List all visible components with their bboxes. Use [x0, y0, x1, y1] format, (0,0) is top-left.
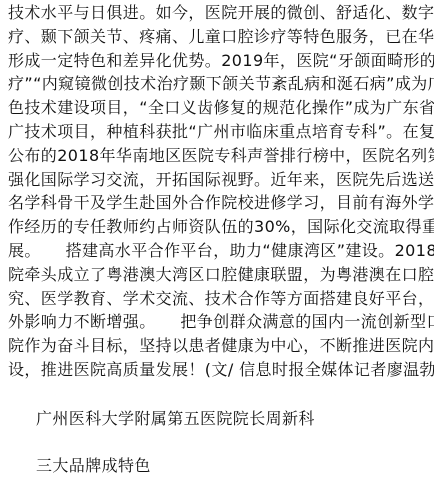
article-line: 院牵头成立了粤港澳大湾区口腔健康联盟，为粤港澳在口腔健康研: [8, 263, 430, 287]
article-line: 究、医学教育、学术交流、技术合作等方面搭建良好平台，在国内: [8, 287, 430, 311]
article-line: 广技术项目，种植科获批“广州市临床重点培育专科”。在复旦大学: [8, 120, 430, 144]
article-line: 展。 搭建高水平合作平台，助力“健康湾区”建设。2018年，医: [8, 239, 430, 263]
section-heading: 三大品牌成特色: [36, 453, 151, 476]
article-body: 技术水平与日俱进。如今，医院开展的微创、舒适化、数字化诊 疗、颞下颌关节、疼痛、…: [8, 1, 430, 382]
article-line: 形成一定特色和差异化优势。2019年，医院“牙颌面畸形的数字化治: [8, 49, 430, 73]
news-article: 技术水平与日俱进。如今，医院开展的微创、舒适化、数字化诊 疗、颞下颌关节、疼痛、…: [0, 0, 434, 485]
photo-caption: 广州医科大学附属第五医院院长周新科: [36, 406, 315, 429]
article-line: 强化国际学习交流，开拓国际视野。近年来，医院先后选送将近百: [8, 168, 430, 192]
article-line: 院作为奋斗目标，坚持以患者健康为中心，不断推进医院内涵建: [8, 334, 430, 358]
article-line: 公布的2018年华南地区医院专科声誉排行榜中，医院名列第四。: [8, 144, 430, 168]
article-line: 疗”“内窥镜微创技术治疗颞下颌关节紊乱病和涎石病”成为广州市特: [8, 72, 430, 96]
article-line: 设，推进医院高质量发展！(文/ 信息时报全媒体记者廖温勃): [8, 358, 430, 382]
article-line: 作经历的专任教师约占师资队伍的30%，国际化交流取得重大进: [8, 215, 430, 239]
article-line: 名学科骨干及学生赴国外合作院校进修学习，目前有海外学习、工: [8, 191, 430, 215]
article-line: 技术水平与日俱进。如今，医院开展的微创、舒适化、数字化诊: [8, 1, 430, 25]
article-line: 色技术建设项目，“全口义齿修复的规范化操作”成为广东省适宜推: [8, 96, 430, 120]
article-line: 疗、颞下颌关节、疼痛、儿童口腔诊疗等特色服务，已在华南地区: [8, 25, 430, 49]
article-line: 外影响力不断增强。 把争创群众满意的国内一流创新型口腔医: [8, 310, 430, 334]
